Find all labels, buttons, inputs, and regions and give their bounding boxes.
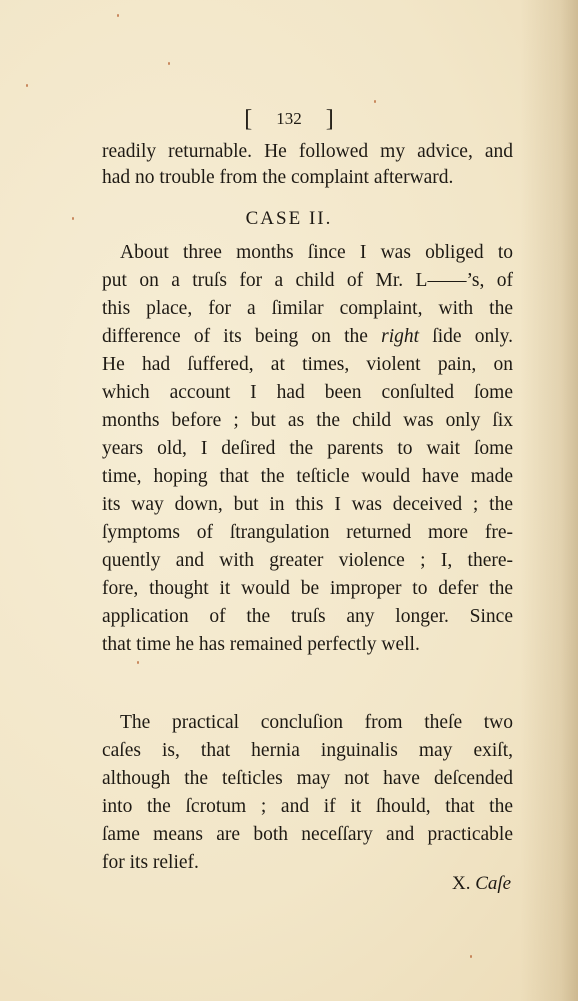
foxing-speck bbox=[117, 14, 119, 17]
text-line: put on a truſs for a child of Mr. L——’s,… bbox=[102, 268, 513, 294]
text-line: caſes is, that hernia inguinalis may exi… bbox=[102, 738, 513, 764]
book-page: [132] readily returnable. He followed my… bbox=[0, 0, 578, 1001]
folio-open-bracket: [ bbox=[244, 106, 252, 133]
foxing-speck bbox=[374, 100, 376, 103]
text-run: difference of its being on the bbox=[102, 326, 381, 347]
text-line: ſymptoms of ſtrangulation returned more … bbox=[102, 520, 513, 546]
signature-mark: X. bbox=[452, 873, 470, 894]
text-line: years old, I deſired the parents to wait… bbox=[102, 436, 513, 462]
text-line: this place, for a ſimilar complaint, wit… bbox=[102, 296, 513, 322]
page-number: [132] bbox=[0, 106, 578, 133]
text-line: application of the truſs any longer. Sin… bbox=[102, 604, 513, 630]
text-line: The practical concluſion from theſe two bbox=[120, 710, 513, 736]
folio-close-bracket: ] bbox=[326, 106, 334, 133]
text-line: readily returnable. He followed my advic… bbox=[102, 139, 513, 165]
foxing-speck bbox=[470, 955, 472, 958]
foxing-speck bbox=[168, 62, 170, 65]
text-line: its way down, but in this I was deceived… bbox=[102, 492, 513, 518]
text-line: fore, thought it would be improper to de… bbox=[102, 576, 513, 602]
text-line: time, hoping that the teſticle would hav… bbox=[102, 464, 513, 490]
text-run: ſide only. bbox=[419, 326, 513, 347]
catchword: X. Caſe bbox=[452, 873, 511, 895]
folio-number: 132 bbox=[276, 109, 302, 129]
text-line: although the teſticles may not have deſc… bbox=[102, 766, 513, 792]
italic-word: right bbox=[381, 326, 419, 347]
text-line: into the ſcrotum ; and if it ſhould, tha… bbox=[102, 794, 513, 820]
text-line: that time he has remained perfectly well… bbox=[102, 632, 513, 658]
text-line: quently and with greater violence ; I, t… bbox=[102, 548, 513, 574]
foxing-speck bbox=[137, 661, 139, 664]
text-line: months before ; but as the child was onl… bbox=[102, 408, 513, 434]
foxing-speck bbox=[26, 84, 28, 87]
text-line: ſame means are both neceſſary and practi… bbox=[102, 822, 513, 848]
text-line: difference of its being on the right ſid… bbox=[102, 324, 513, 350]
text-line: He had ſuffered, at times, violent pain,… bbox=[102, 352, 513, 378]
text-line: which account I had been conſulted ſome bbox=[102, 380, 513, 406]
section-heading: CASE II. bbox=[0, 208, 578, 230]
catchword-text: Caſe bbox=[475, 873, 511, 894]
text-line: had no trouble from the complaint afterw… bbox=[102, 165, 513, 191]
text-line: About three months ſince I was obliged t… bbox=[120, 240, 513, 266]
